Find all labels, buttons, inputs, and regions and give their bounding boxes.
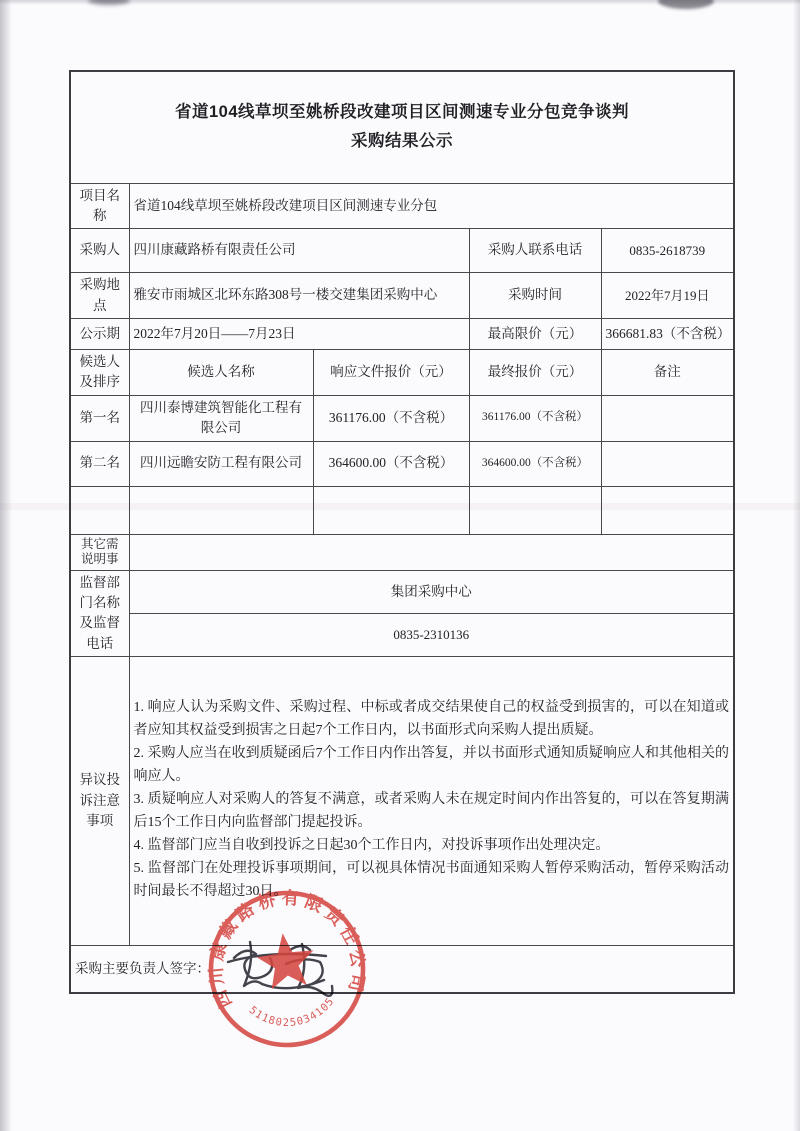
- signature-label: 采购主要负责人签字：: [75, 961, 210, 976]
- purchaser-phone-value: 0835-2618739: [601, 229, 734, 273]
- candidate-row-1: 第一名 四川泰博建筑智能化工程有限公司 361176.00（不含税） 36117…: [70, 395, 734, 441]
- candidates-remark-header: 备注: [601, 350, 734, 396]
- objection-notes-row: 异议投诉注意事项 1. 响应人认为采购文件、采购过程、中标或者成交结果使自己的权…: [70, 656, 734, 945]
- purchase-time-label: 采购时间: [469, 273, 601, 319]
- purchaser-phone-label: 采购人联系电话: [469, 229, 601, 273]
- scan-edge-left: [0, 0, 12, 1131]
- purchase-time-value: 2022年7月19日: [601, 273, 734, 319]
- candidate-2-name: 四川远瞻安防工程有限公司: [129, 441, 313, 486]
- signature-label-cell: 采购主要负责人签字：: [70, 945, 734, 993]
- candidate-1-doc-price: 361176.00（不含税）: [313, 395, 469, 441]
- supervision-dept-row: 监督部门名称及监督电话 集团采购中心: [70, 570, 734, 614]
- candidate-row-2: 第二名 四川远瞻安防工程有限公司 364600.00（不含税） 364600.0…: [70, 441, 734, 486]
- objection-label: 异议投诉注意事项: [70, 656, 129, 945]
- candidates-final-price-header: 最终报价（元）: [469, 350, 601, 396]
- candidate-2-remark: [601, 441, 734, 486]
- other-notes-row: 其它需说明事: [70, 534, 734, 570]
- candidate-3-name: [129, 486, 313, 534]
- candidate-2-final-price: 364600.00（不含税）: [469, 441, 601, 486]
- supervision-label: 监督部门名称及监督电话: [70, 570, 129, 656]
- location-value: 雅安市雨城区北环东路308号一楼交建集团采购中心: [129, 273, 469, 319]
- document-title-line2: 采购结果公示: [75, 127, 729, 157]
- candidates-header-row: 候选人及排序 候选人名称 响应文件报价（元） 最终报价（元） 备注: [70, 350, 734, 396]
- supervision-dept-value: 集团采购中心: [129, 570, 734, 614]
- location-label: 采购地点: [70, 273, 129, 319]
- candidate-2-doc-price: 364600.00（不含税）: [313, 441, 469, 486]
- publicity-period-label: 公示期: [70, 319, 129, 350]
- candidate-1-name: 四川泰博建筑智能化工程有限公司: [129, 395, 313, 441]
- candidates-doc-price-header: 响应文件报价（元）: [313, 350, 469, 396]
- title-block: 省道104线草坝至姚桥段改建项目区间测速专业分包竞争谈判 采购结果公示: [70, 71, 734, 183]
- candidate-1-final-price: 361176.00（不含税）: [469, 395, 601, 441]
- publicity-period-row: 公示期 2022年7月20日——7月23日 最高限价（元） 366681.83（…: [70, 319, 734, 350]
- supervision-phone-value: 0835-2310136: [129, 614, 734, 656]
- candidate-row-empty: [70, 486, 734, 534]
- max-price-value: 366681.83（不含税）: [601, 319, 734, 350]
- candidate-2-rank: 第二名: [70, 441, 129, 486]
- project-name-label: 项目名称: [70, 183, 129, 229]
- objection-item-4: 4. 监督部门应当自收到投诉之日起30个工作日内，对投诉事项作出处理决定。: [134, 835, 730, 858]
- objection-item-5: 5. 监督部门在处理投诉事项期间，可以视具体情况书面通知采购人暂停采购活动，暂停…: [134, 858, 730, 904]
- project-name-row: 项目名称 省道104线草坝至姚桥段改建项目区间测速专业分包: [70, 183, 734, 229]
- objection-item-2: 2. 采购人应当在收到质疑函后7个工作日内作出答复，并以书面形式通知质疑响应人和…: [134, 743, 730, 789]
- publicity-period-value: 2022年7月20日——7月23日: [129, 319, 469, 350]
- candidates-rank-header: 候选人及排序: [70, 350, 129, 396]
- supervision-phone-row: 0835-2310136: [70, 614, 734, 656]
- scanned-document-page: { "doc": { "title_line1": "省道104线草坝至姚桥段改…: [0, 0, 800, 1131]
- candidate-1-rank: 第一名: [70, 395, 129, 441]
- objection-notes-cell: 1. 响应人认为采购文件、采购过程、中标或者成交结果使自己的权益受到损害的，可以…: [129, 656, 734, 945]
- other-notes-label: 其它需说明事: [70, 534, 129, 570]
- signature-row: 采购主要负责人签字：: [70, 945, 734, 993]
- candidate-3-final-price: [469, 486, 601, 534]
- candidate-3-rank: [70, 486, 129, 534]
- candidates-name-header: 候选人名称: [129, 350, 313, 396]
- objection-item-3: 3. 质疑响应人对采购人的答复不满意，或者采购人未在规定时间内作出答复的，可以在…: [134, 789, 730, 835]
- document-title-line1: 省道104线草坝至姚桥段改建项目区间测速专业分包竞争谈判: [75, 98, 729, 128]
- max-price-label: 最高限价（元）: [469, 319, 601, 350]
- purchaser-row: 采购人 四川康藏路桥有限责任公司 采购人联系电话 0835-2618739: [70, 229, 734, 273]
- purchaser-label: 采购人: [70, 229, 129, 273]
- announcement-table: 省道104线草坝至姚桥段改建项目区间测速专业分包竞争谈判 采购结果公示 项目名称…: [69, 70, 735, 994]
- candidate-3-doc-price: [313, 486, 469, 534]
- title-row: 省道104线草坝至姚桥段改建项目区间测速专业分包竞争谈判 采购结果公示: [70, 71, 734, 183]
- objection-item-1: 1. 响应人认为采购文件、采购过程、中标或者成交结果使自己的权益受到损害的，可以…: [134, 697, 730, 743]
- other-notes-value: [129, 534, 734, 570]
- location-row: 采购地点 雅安市雨城区北环东路308号一楼交建集团采购中心 采购时间 2022年…: [70, 273, 734, 319]
- project-name-value: 省道104线草坝至姚桥段改建项目区间测速专业分包: [129, 183, 734, 229]
- purchaser-value: 四川康藏路桥有限责任公司: [129, 229, 469, 273]
- candidate-1-remark: [601, 395, 734, 441]
- scan-edge-right: [793, 0, 800, 1131]
- candidate-3-remark: [601, 486, 734, 534]
